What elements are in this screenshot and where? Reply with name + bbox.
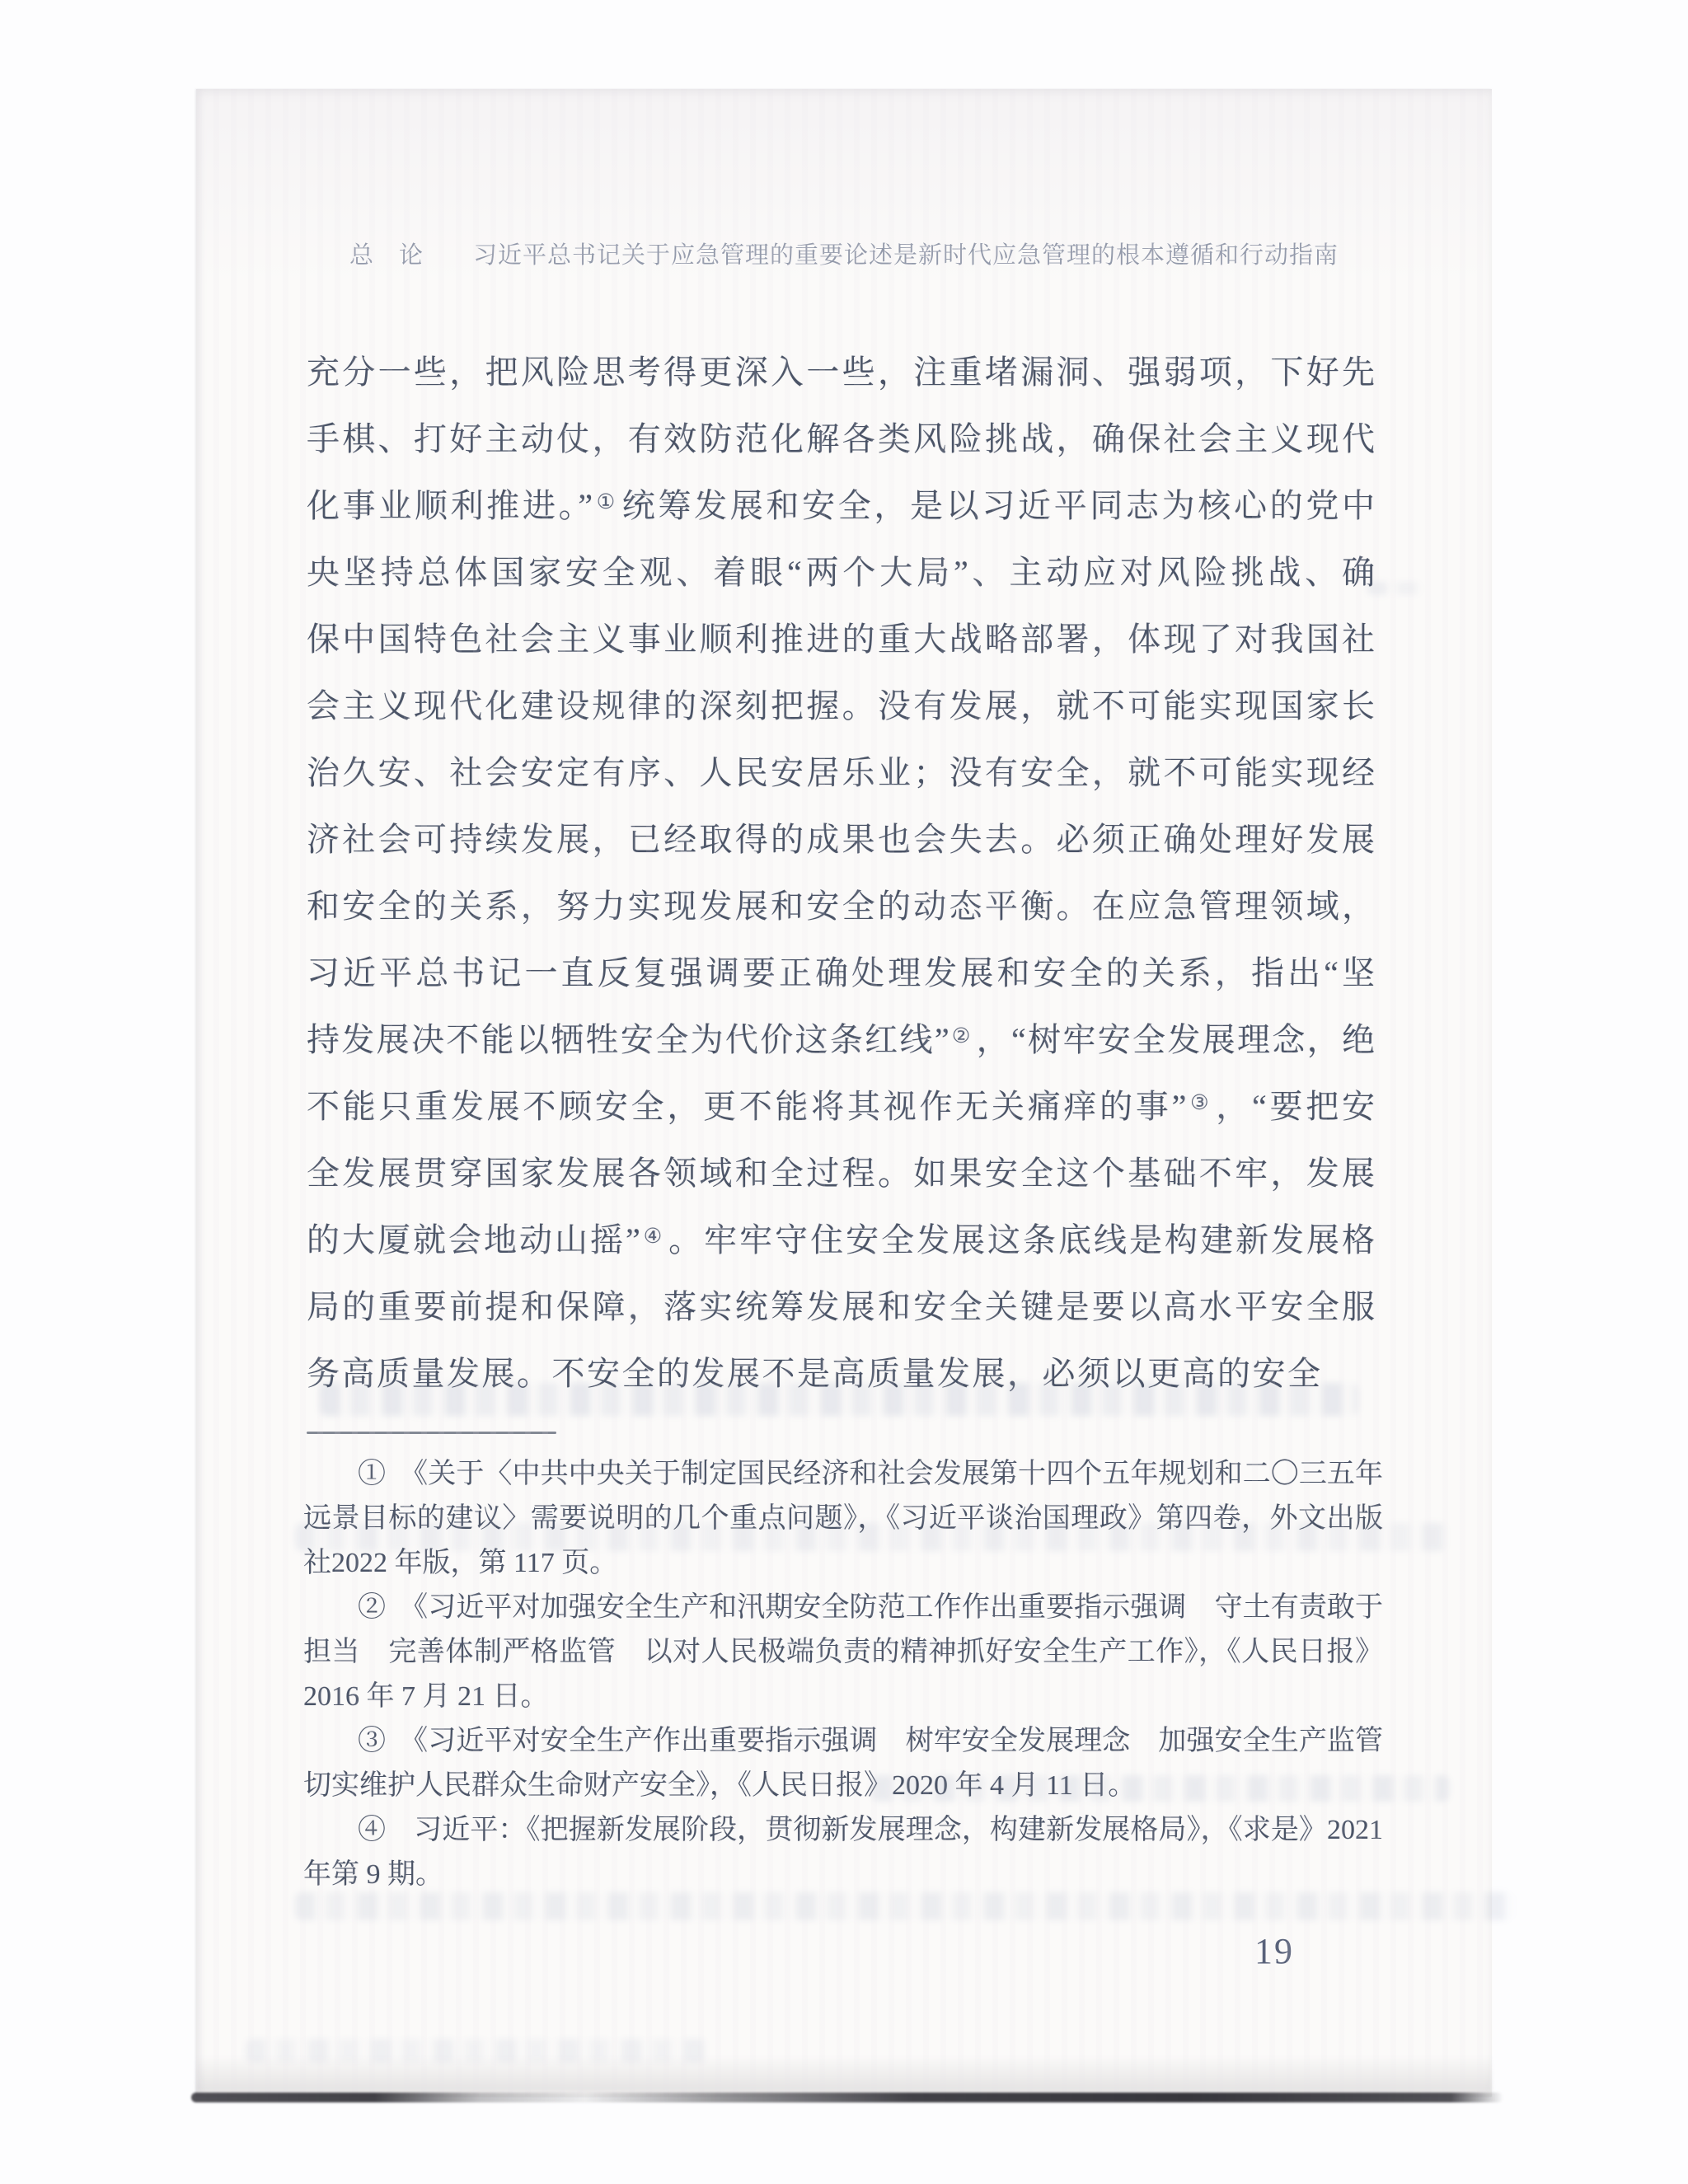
bleedthrough-ghost [246,2039,707,2062]
body-line: 持发展决不能以牺牲安全为代价这条红线”②，“树牢安全发展理念，绝 [307,1006,1375,1073]
footnote-4: ④ 习近平：《把握新发展阶段，贯彻新发展理念，构建新发展格局》，《求是》2021… [303,1808,1383,1897]
footnote-3: ③ 《习近平对安全生产作出重要指示强调 树牢安全发展理念 加强安全生产监管 切实… [303,1719,1383,1808]
body-line: 和安全的关系，努力实现发展和安全的动态平衡。在应急管理领域， [307,873,1375,940]
page-number: 19 [1254,1930,1294,1972]
page-bottom-edge [191,2093,1503,2102]
body-line: 务高质量发展。不安全的发展不是高质量发展，必须以更高的安全 [307,1340,1375,1407]
bleedthrough-ghost [1367,582,1424,595]
book-page: 总 论 习近平总书记关于应急管理的重要论述是新时代应急管理的根本遵循和行动指南 … [196,89,1492,2097]
footnote-2: ② 《习近平对加强安全生产和汛期安全防范工作作出重要指示强调 守土有责敢于担当 … [303,1586,1383,1719]
body-line: 的大厦就会地动山摇”④。牢牢守住安全发展这条底线是构建新发展格 [307,1207,1375,1273]
footnote-1: ① 《关于〈中共中央关于制定国民经济和社会发展第十四个五年规划和二〇三五年远景目… [303,1452,1383,1586]
body-text-block: 充分一些，把风险思考得更深入一些，注重堵漏洞、强弱项，下好先 手棋、打好主动仗，… [307,339,1375,1407]
body-line: 央坚持总体国家安全观、着眼“两个大局”、主动应对风险挑战、确 [307,539,1375,606]
scan-background: 总 论 习近平总书记关于应急管理的重要论述是新时代应急管理的根本遵循和行动指南 … [0,0,1688,2184]
body-line: 化事业顺利推进。”①统筹发展和安全，是以习近平同志为核心的党中 [307,472,1375,539]
body-line: 手棋、打好主动仗，有效防范化解各类风险挑战，确保社会主义现代 [307,405,1375,472]
body-line: 习近平总书记一直反复强调要正确处理发展和安全的关系，指出“坚 [307,940,1375,1006]
body-line: 充分一些，把风险思考得更深入一些，注重堵漏洞、强弱项，下好先 [307,339,1375,405]
body-line: 济社会可持续发展，已经取得的成果也会失去。必须正确处理好发展 [307,806,1375,873]
body-line: 全发展贯穿国家发展各领域和全过程。如果安全这个基础不牢，发展 [307,1140,1375,1207]
body-line: 会主义现代化建设规律的深刻把握。没有发展，就不可能实现国家长 [307,673,1375,739]
footnote-separator-rule [307,1432,556,1434]
body-line: 局的重要前提和保障，落实统筹发展和安全关键是要以高水平安全服 [307,1273,1375,1340]
running-head: 总 论 习近平总书记关于应急管理的重要论述是新时代应急管理的根本遵循和行动指南 [196,237,1492,270]
body-line: 不能只重发展不顾安全，更不能将其视作无关痛痒的事”③，“要把安 [307,1073,1375,1140]
body-line: 保中国特色社会主义事业顺利推进的重大战略部署，体现了对我国社 [307,606,1375,673]
footnotes-block: ① 《关于〈中共中央关于制定国民经济和社会发展第十四个五年规划和二〇三五年远景目… [303,1452,1383,1897]
body-line: 治久安、社会安定有序、人民安居乐业；没有安全，就不可能实现经 [307,739,1375,806]
